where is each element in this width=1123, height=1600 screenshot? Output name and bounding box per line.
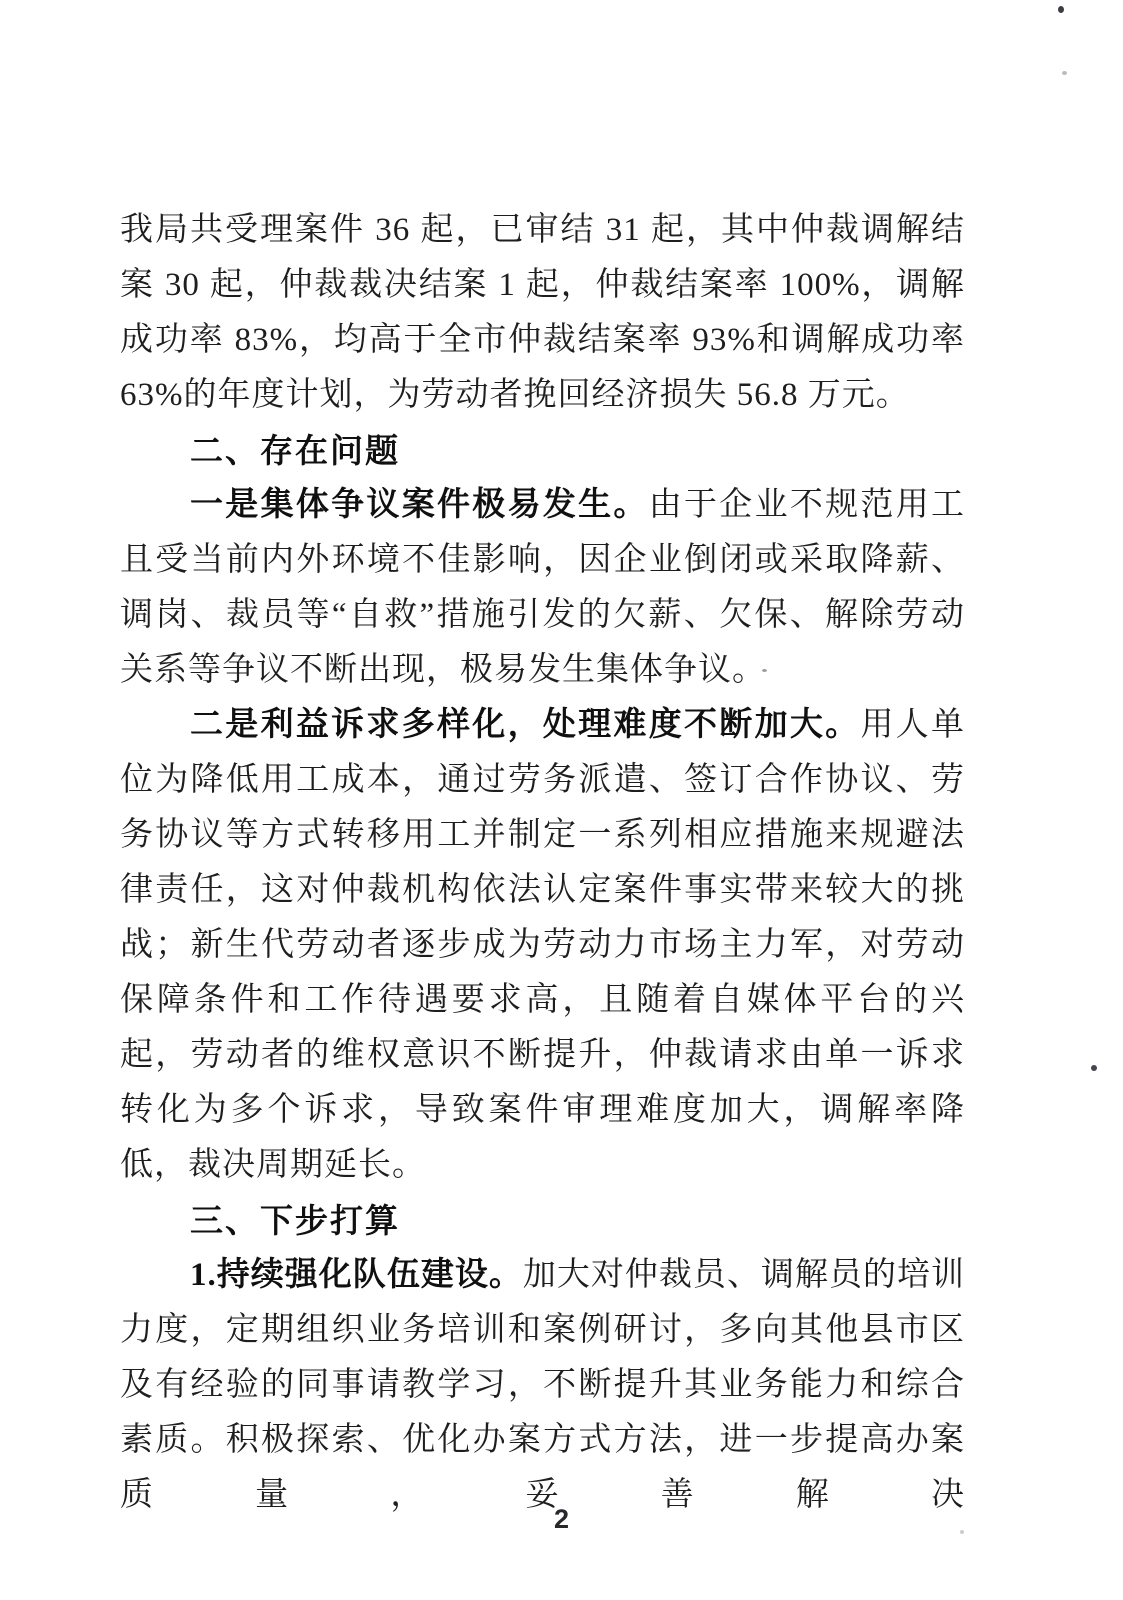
paragraph-case-statistics: 我局共受理案件 36 起，已审结 31 起，其中仲裁调解结案 30 起，仲裁裁决… xyxy=(120,203,965,423)
scan-speck xyxy=(1062,71,1067,75)
paragraph-diverse-claims-text: 用人单位为降低用工成本，通过劳务派遣、签订合作协议、劳务协议等方式转移用工并制定… xyxy=(120,707,965,1183)
heading-next-steps: 三、下步打算 xyxy=(120,1193,965,1248)
paragraph-team-building-text: 加大对仲裁员、调解员的培训力度，定期组织业务培训和案例研讨，多向其他县市区及有经… xyxy=(120,1257,965,1513)
document-text-block: 我局共受理案件 36 起，已审结 31 起，其中仲裁调解结案 30 起，仲裁裁决… xyxy=(120,203,965,1523)
document-page: 我局共受理案件 36 起，已审结 31 起，其中仲裁调解结案 30 起，仲裁裁决… xyxy=(0,0,1123,1600)
paragraph-diverse-claims-lead: 二是利益诉求多样化，处理难度不断加大。 xyxy=(190,707,860,743)
heading-existing-problems: 二、存在问题 xyxy=(120,423,965,478)
page-number: 2 xyxy=(0,1504,1123,1535)
paragraph-team-building-lead: 1.持续强化队伍建设。 xyxy=(190,1257,523,1293)
scan-speck xyxy=(1058,6,1064,13)
scan-speck xyxy=(960,1530,964,1534)
paragraph-diverse-claims: 二是利益诉求多样化，处理难度不断加大。用人单位为降低用工成本，通过劳务派遣、签订… xyxy=(120,698,965,1193)
paragraph-collective-disputes: 一是集体争议案件极易发生。由于企业不规范用工且受当前内外环境不佳影响，因企业倒闭… xyxy=(120,478,965,698)
scan-speck xyxy=(762,669,767,672)
paragraph-collective-disputes-lead: 一是集体争议案件极易发生。 xyxy=(190,487,649,523)
scan-speck xyxy=(1091,1065,1097,1071)
paragraph-team-building: 1.持续强化队伍建设。加大对仲裁员、调解员的培训力度，定期组织业务培训和案例研讨… xyxy=(120,1248,965,1523)
